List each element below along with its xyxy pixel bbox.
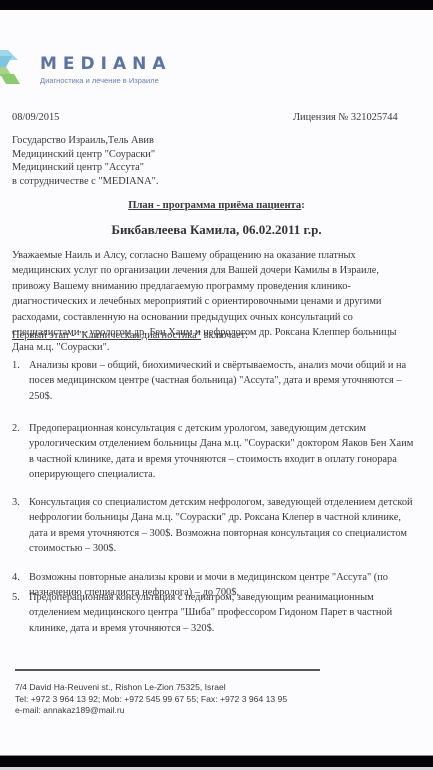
address-line: Медицинский центр "Ассута" [12, 161, 159, 175]
intro-line: медицинских услуг по организации лечения… [12, 263, 422, 278]
item-line: клинике, дата и время уточняются – 320$. [29, 621, 392, 636]
item-line: дата и время уточняются – 300$. Возможна… [29, 526, 413, 541]
bottom-black-bar [0, 755, 433, 767]
stage-title: Первый этап - "Клиническая диагностика" [12, 330, 201, 341]
sender-address: Государство Израиль,Тель Авив Медицински… [12, 134, 159, 188]
footer-email: e-mail: annakaz189@mail.ru [15, 705, 287, 717]
intro-line: Дана м.ц. "Соураски". [12, 340, 422, 355]
document-date: 08/09/2015 [12, 111, 59, 125]
plan-title-colon: : [301, 200, 305, 211]
patient-name: Бикбавлеева Камила, 06.02.2011 г.р. [0, 222, 433, 238]
address-line: Государство Израиль,Тель Авив [12, 134, 159, 148]
item-line: Возможны повторные анализы крови и мочи … [29, 570, 388, 585]
logo-tagline: Диагностика и лечение в Израиле [40, 76, 159, 85]
footer-address: 7/4 David Ha-Reuveni st., Rishon Le-Zion… [15, 682, 287, 694]
intro-line: Уважаемые Наиль и Алсу, согласно Вашему … [12, 248, 422, 263]
stage-heading: Первый этап - "Клиническая диагностика" … [12, 330, 248, 341]
item-line: 250$. [29, 389, 406, 404]
plan-title-text: План - программа приёма пациента [128, 200, 301, 211]
item-line: Предоперационная консультация с детским … [29, 421, 413, 436]
address-line: в сотрудничестве с "MEDIANA". [12, 175, 159, 189]
address-line: Медицинский центр "Соураски" [12, 148, 159, 162]
intro-line: привожу Вашему вниманию предлагаемую про… [12, 279, 422, 294]
license-number: Лицензия № 321025744 [293, 111, 398, 125]
mediana-logo-icon [0, 48, 20, 86]
item-line: посев медицинском центре (частная больни… [29, 373, 406, 388]
item-number: 1. [12, 358, 20, 373]
intro-line: диагностических и лечебных мероприятий с… [12, 294, 422, 309]
item-line: оперирующего специалиста. [29, 467, 413, 482]
item-line: урологическим отделением больницы Дана м… [29, 436, 413, 451]
top-black-bar [0, 0, 433, 10]
item-number: 5. [12, 590, 20, 605]
item-number: 4. [12, 570, 20, 585]
item-line: стоимостью – 300$. [29, 541, 413, 556]
item-line: Консультация со специалистом детским неф… [29, 495, 413, 510]
item-number: 2. [12, 421, 20, 436]
footer-phones: Tel: +972 3 964 13 92; Mob: +972 545 99 … [15, 694, 287, 706]
item-line: в частной клинике, дата и время уточняют… [29, 452, 413, 467]
logo-wordmark: MEDIANA [40, 54, 172, 74]
item-line: Анализы крови – общий, биохимический и с… [29, 358, 406, 373]
item-line: отделением медицинского центра "Шиба" пр… [29, 605, 392, 620]
stage-suffix: включает: [201, 330, 248, 341]
footer-divider [15, 669, 320, 671]
item-line: Предоперационная консультация с педиатро… [29, 590, 392, 605]
item-line: нефрологии больницы Дана м.ц. "Соураски"… [29, 510, 413, 525]
footer-contacts: 7/4 David Ha-Reuveni st., Rishon Le-Zion… [15, 682, 287, 717]
plan-title: План - программа приёма пациента: [0, 200, 433, 211]
item-number: 3. [12, 495, 20, 510]
intro-line: расходами, составленную на основании пре… [12, 310, 422, 325]
